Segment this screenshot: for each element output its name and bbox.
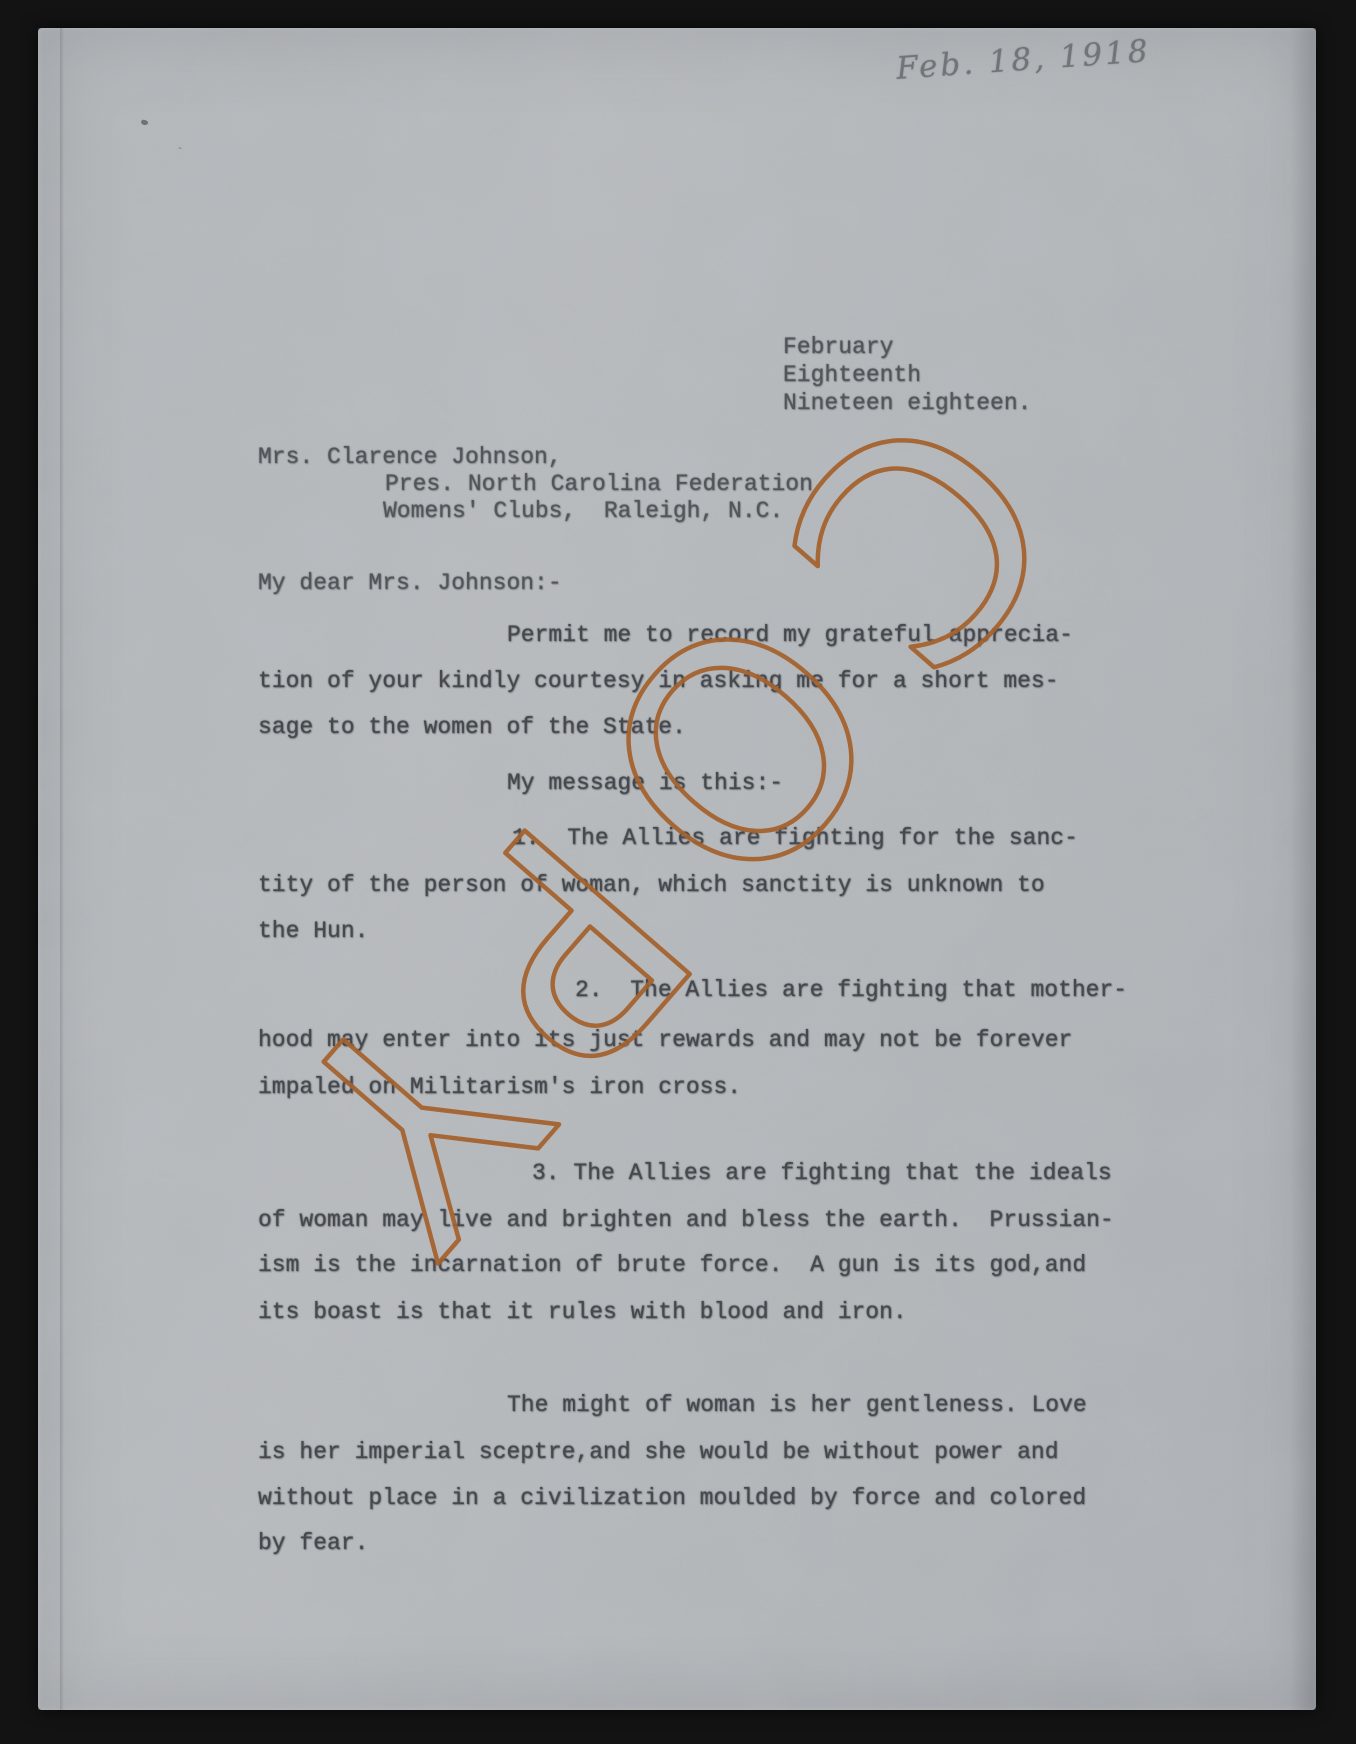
typed-line: Permit me to record my grateful apprecia… [507,620,1073,650]
letter-paper: Feb. 18, 1918 February Eighteenth Ninete… [38,28,1316,1710]
typed-line: hood may enter into its just rewards and… [258,1025,1072,1055]
handwritten-date: Feb. 18, 1918 [895,33,1152,87]
salutation: My dear Mrs. Johnson:- [258,568,562,598]
scanned-letter-page: Feb. 18, 1918 February Eighteenth Ninete… [0,0,1356,1744]
typed-line: 1. The Allies are fighting for the sanc- [512,823,1078,853]
typed-line: is her imperial sceptre,and she would be… [258,1437,1059,1467]
typed-line: tity of the person of woman, which sanct… [258,870,1045,900]
typed-line: 3. The Allies are fighting that the idea… [532,1158,1112,1188]
typed-line: The might of woman is her gentleness. Lo… [507,1390,1087,1420]
typed-line: of woman may live and brighten and bless… [258,1205,1114,1235]
typed-date-line: Eighteenth [783,360,921,390]
typed-line: 2. The Allies are fighting that mother- [575,975,1127,1005]
typed-line: ism is the incarnation of brute force. A… [258,1250,1086,1280]
typed-line: impaled on Militarism's iron cross. [258,1072,741,1102]
paper-speck [140,119,148,126]
typed-line: sage to the women of the State. [258,712,686,742]
typed-line: its boast is that it rules with blood an… [258,1297,907,1327]
recipient-line: Pres. North Carolina Federation [385,469,813,499]
recipient-line: Mrs. Clarence Johnson, [258,442,562,472]
typed-line: the Hun. [258,916,368,946]
typed-line: My message is this:- [507,768,783,798]
recipient-line: Womens' Clubs, Raleigh, N.C. [383,496,783,526]
typed-line: by fear. [258,1528,368,1558]
typed-line: tion of your kindly courtesy in asking m… [258,666,1059,696]
typed-date-line: Nineteen eighteen. [783,388,1031,418]
typed-line: without place in a civilization moulded … [258,1483,1086,1513]
typed-date-line: February [783,332,893,362]
